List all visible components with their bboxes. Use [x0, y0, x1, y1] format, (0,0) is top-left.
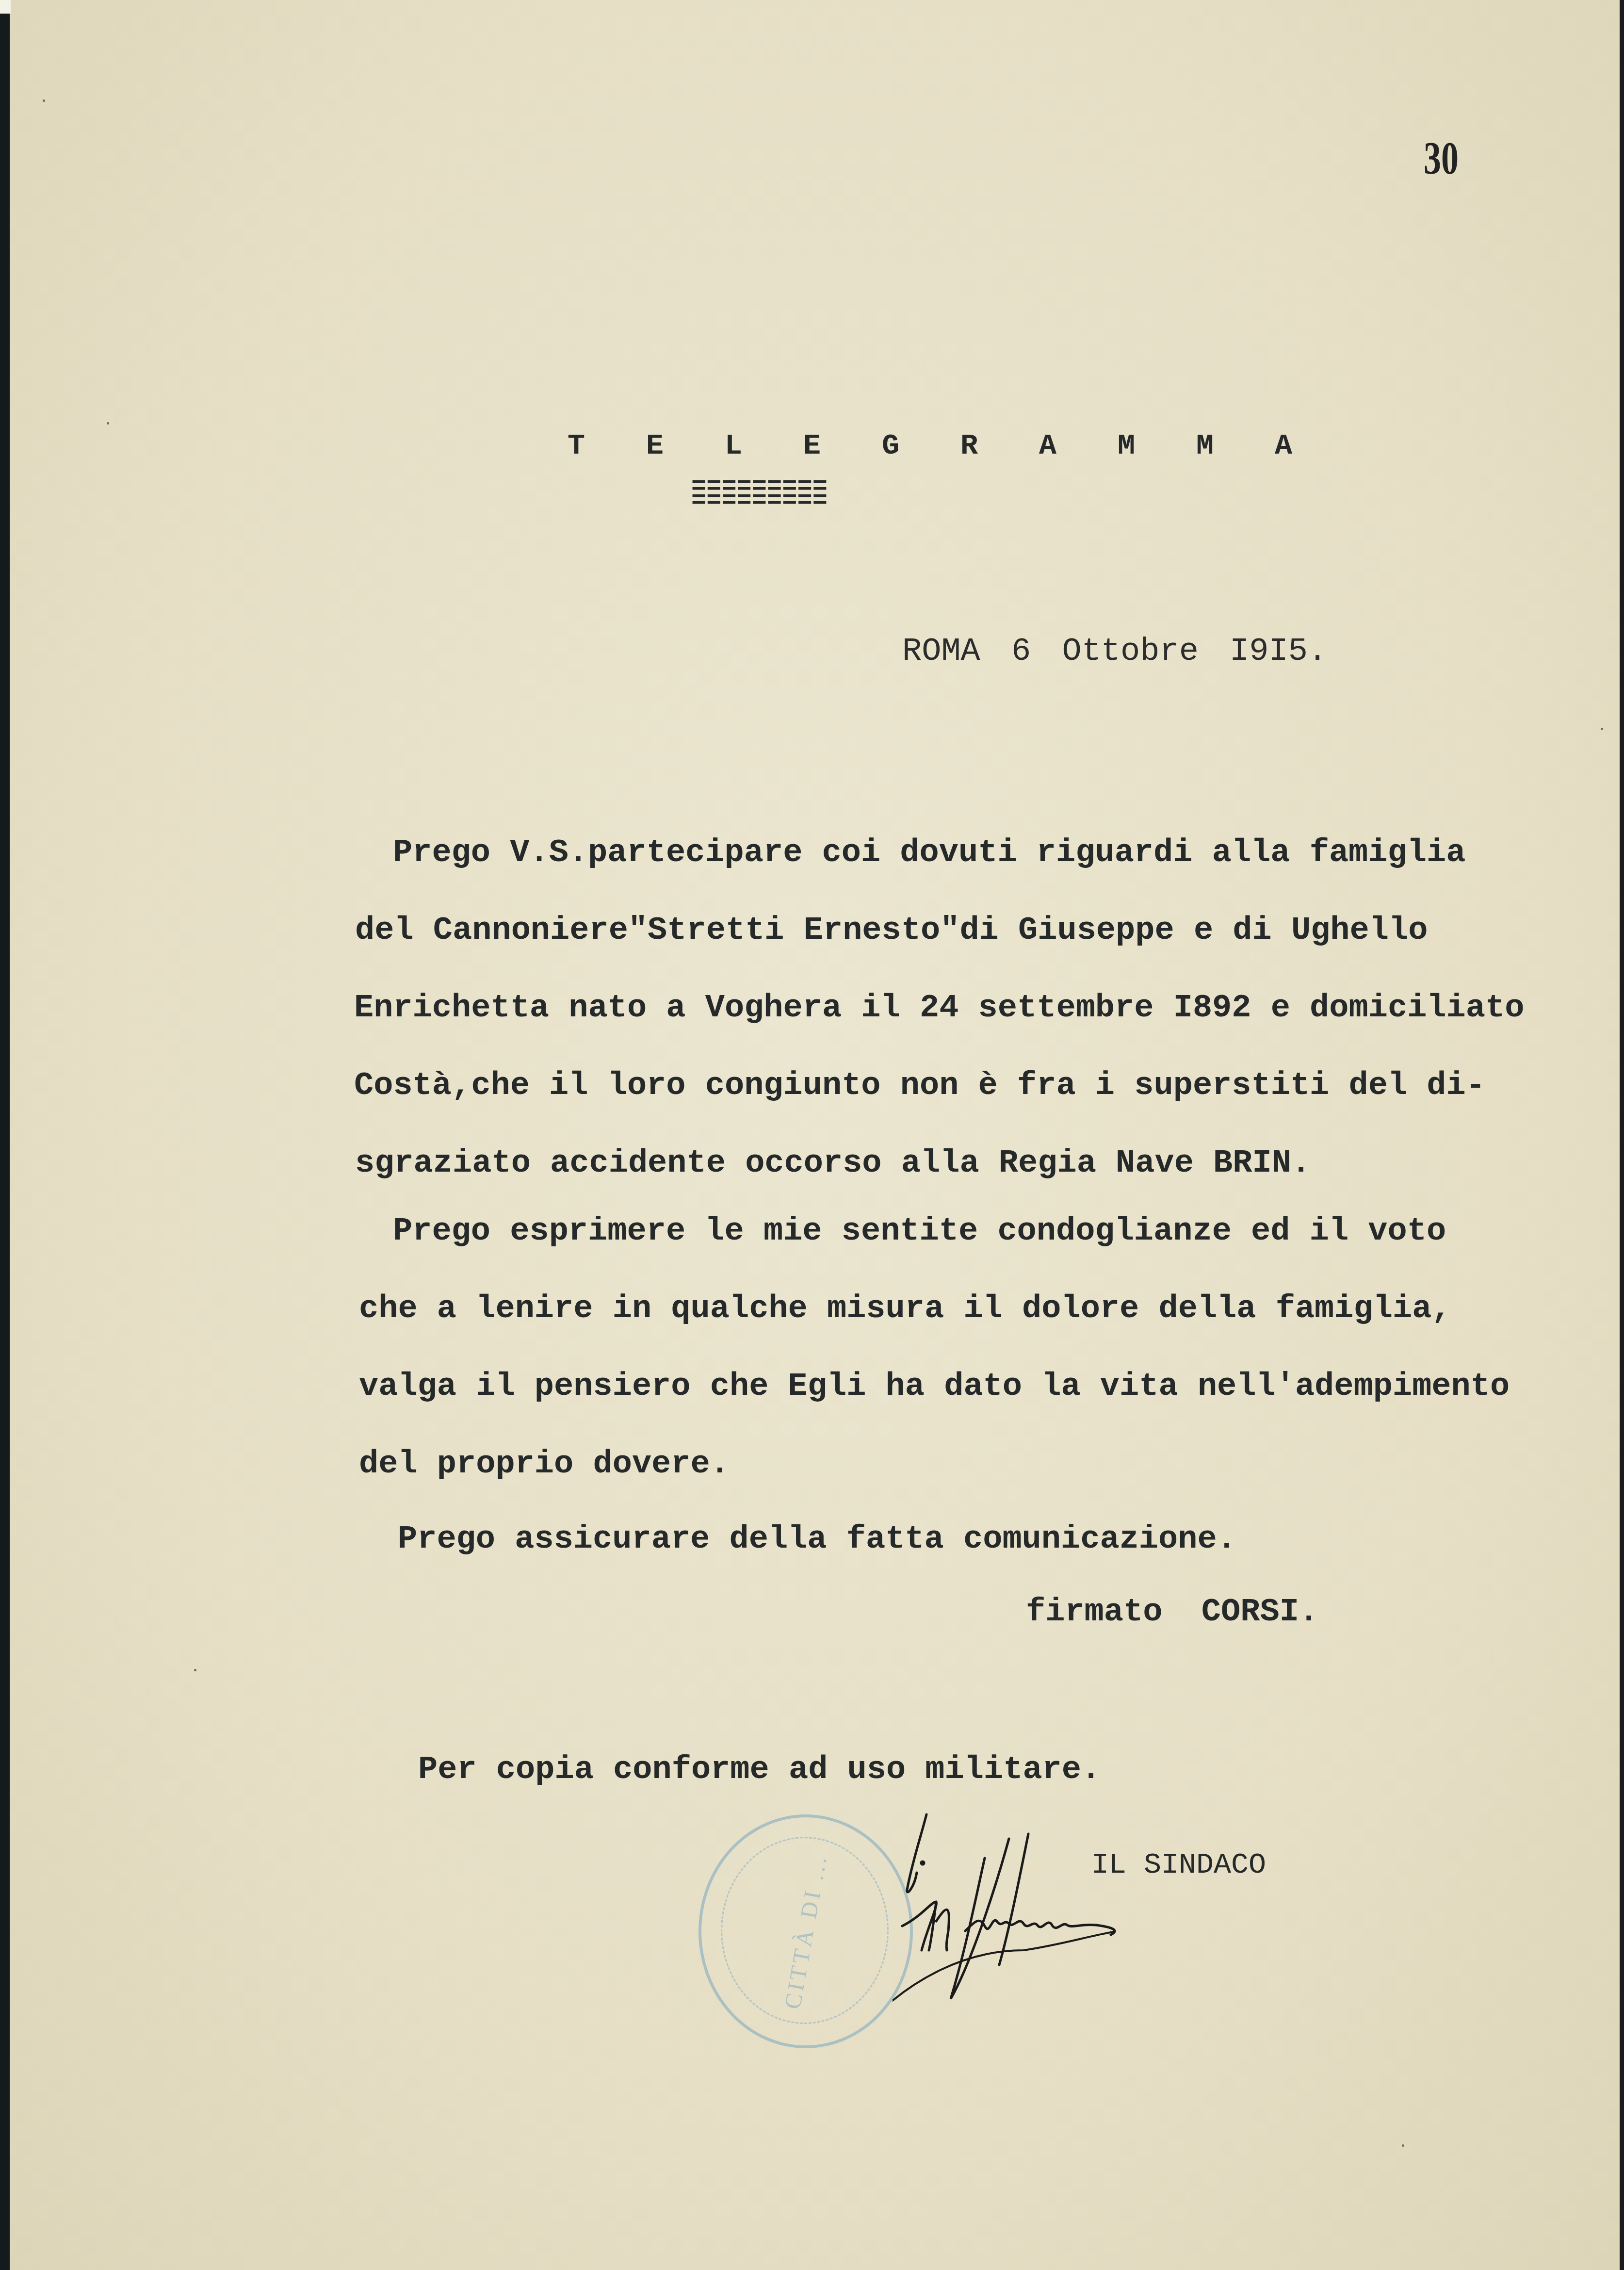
handwritten-signature-icon	[893, 1805, 1329, 2009]
scan-edge-right	[1620, 0, 1624, 2270]
body-line: Enrichetta nato a Voghera il 24 settembr…	[354, 992, 1524, 1025]
body-line: del Cannoniere"Stretti Ernesto"di Giusep…	[355, 915, 1428, 947]
body-line: Prego assicurare della fatta comunicazio…	[398, 1523, 1236, 1556]
document-title: T E L E G R A M M A	[568, 432, 1314, 461]
document-page: 30 T E L E G R A M M A ========= =======…	[0, 0, 1624, 2270]
body-line: Prego esprimere le mie sentite condoglia…	[393, 1215, 1446, 1248]
official-stamp: CITTÀ DI ...	[698, 1814, 913, 2048]
page-number: 30	[1424, 131, 1459, 185]
body-line: che a lenire in qualche misura il dolore…	[359, 1293, 1451, 1325]
body-line: del proprio dovere.	[359, 1448, 730, 1481]
certification-line: Per copia conforme ad uso militare.	[418, 1754, 1101, 1786]
body-line: sgraziato accidente occorso alla Regia N…	[355, 1147, 1311, 1180]
body-line: Costà,che il loro congiunto non è fra i …	[354, 1070, 1485, 1102]
scan-edge	[0, 0, 11, 14]
title-underline: ========= =========	[691, 480, 828, 508]
body-line: valga il pensiero che Egli ha dato la vi…	[359, 1371, 1510, 1403]
scan-edge-left	[0, 14, 10, 2270]
body-line: Prego V.S.partecipare coi dovuti riguard…	[393, 837, 1465, 869]
date-line: ROMA 6 Ottobre I9I5.	[902, 636, 1327, 668]
signed-line: firmato CORSI.	[1026, 1596, 1318, 1629]
